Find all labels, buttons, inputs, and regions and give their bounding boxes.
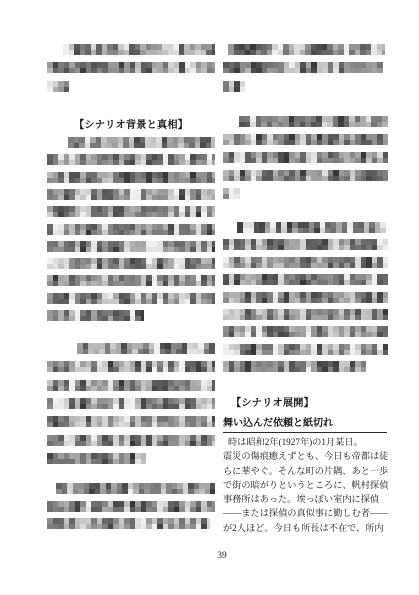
body-line: 事務所はあった。埃っぽい室内に探偵: [223, 492, 389, 506]
section-heading-background-truth: 【シナリオ背景と真相】: [74, 116, 188, 131]
book-page: 【シナリオ背景と真相】 【シナリオ展開】 舞い込んだ依頼と紙切れ 時は昭和2年(…: [0, 0, 419, 595]
page-number: 39: [212, 551, 232, 561]
body-line: 震災の傷痕癒えずとも、今日も帝都は徒: [223, 449, 389, 463]
subsection-heading-request-and-scrap: 舞い込んだ依頼と紙切れ: [223, 414, 387, 433]
body-paragraph: 時は昭和2年(1927年)の1月某日。 震災の傷痕癒えずとも、今日も帝都は徒 ら…: [223, 435, 389, 535]
body-line: 時は昭和2年(1927年)の1月某日。: [223, 435, 389, 449]
body-line: で街の暗がりというところに、帆村探偵: [223, 478, 389, 492]
left-column: 【シナリオ背景と真相】: [47, 0, 215, 595]
body-line: らに華やぐ。そんな町の片隅、あと一歩: [223, 464, 389, 478]
body-line: ——または探偵の真似事に勤しむ者——: [223, 506, 389, 520]
right-column: 【シナリオ展開】 舞い込んだ依頼と紙切れ 時は昭和2年(1927年)の1月某日。…: [223, 0, 388, 595]
section-heading-development: 【シナリオ展開】: [231, 394, 314, 409]
body-line: が2人ほど。今日も所長は不在で、所内: [223, 521, 389, 535]
